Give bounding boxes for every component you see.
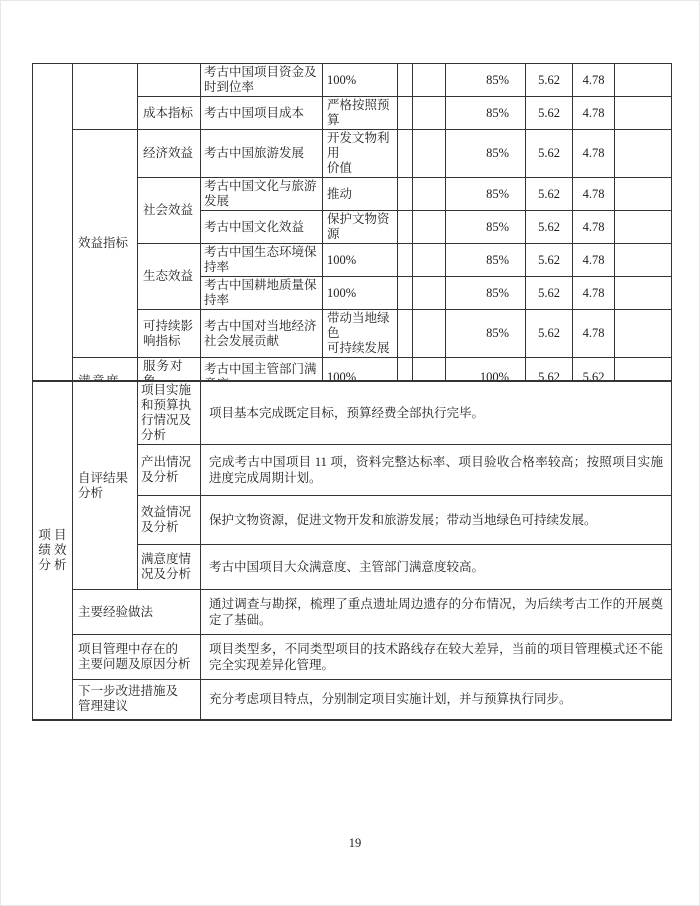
completion-value-cell: 85% bbox=[446, 130, 526, 178]
analysis-content-cell: 充分考虑项目特点，分别制定项目实施计划，并与预算执行同步。 bbox=[201, 680, 672, 720]
score-cell: 4.78 bbox=[573, 64, 615, 97]
completion-value-cell: 85% bbox=[446, 277, 526, 310]
remark-cell bbox=[615, 277, 672, 310]
empty-cell-2 bbox=[413, 310, 446, 358]
analysis-label-cell: 下一步改进措施及 管理建议 bbox=[73, 680, 201, 720]
analysis-content-cell: 考古中国项目大众满意度、主管部门满意度较高。 bbox=[201, 545, 672, 590]
remark-cell bbox=[615, 310, 672, 358]
table-row: 效益指标 经济效益 考古中国旅游发展 开发文物利用 价值 85% 5.62 4.… bbox=[33, 130, 672, 178]
group3-cell: 可持续影 响指标 bbox=[138, 310, 201, 358]
indicator-name-cell: 考古中国文化与旅游 发展 bbox=[201, 178, 323, 211]
weight-cell: 5.62 bbox=[526, 310, 573, 358]
weight-cell: 5.62 bbox=[526, 64, 573, 97]
target-value-cell: 100% bbox=[323, 277, 398, 310]
score-cell: 4.78 bbox=[573, 211, 615, 244]
empty-cell-2 bbox=[413, 97, 446, 130]
group3-cell bbox=[138, 64, 201, 97]
analysis-label-cell: 效益情况 及分析 bbox=[138, 496, 201, 545]
analysis-label-cell: 满意度情 况及分析 bbox=[138, 545, 201, 590]
indicator-name-cell: 考古中国旅游发展 bbox=[201, 130, 323, 178]
empty-cell-2 bbox=[413, 211, 446, 244]
weight-cell: 5.62 bbox=[526, 277, 573, 310]
indicator-name-cell: 考古中国项目成本 bbox=[201, 97, 323, 130]
empty-cell-2 bbox=[413, 244, 446, 277]
group3-cell: 社会效益 bbox=[138, 178, 201, 244]
group3-cell: 成本指标 bbox=[138, 97, 201, 130]
remark-cell bbox=[615, 130, 672, 178]
target-value-cell: 开发文物利用 价值 bbox=[323, 130, 398, 178]
empty-cell-1 bbox=[398, 277, 413, 310]
group2-cell: 效益指标 bbox=[73, 130, 138, 358]
self-eval-label-cell: 自评结果 分析 bbox=[73, 381, 138, 590]
target-value-cell: 推动 bbox=[323, 178, 398, 211]
weight-cell: 5.62 bbox=[526, 178, 573, 211]
completion-value-cell: 85% bbox=[446, 97, 526, 130]
empty-cell-1 bbox=[398, 178, 413, 211]
weight-cell: 5.62 bbox=[526, 244, 573, 277]
score-cell: 4.78 bbox=[573, 310, 615, 358]
weight-cell: 5.62 bbox=[526, 130, 573, 178]
remark-cell bbox=[615, 211, 672, 244]
remark-cell bbox=[615, 64, 672, 97]
remark-cell bbox=[615, 244, 672, 277]
empty-cell-2 bbox=[413, 130, 446, 178]
analysis-label-cell: 项目管理中存在的 主要问题及原因分析 bbox=[73, 635, 201, 680]
analysis-content-cell: 项目基本完成既定目标，预算经费全部执行完毕。 bbox=[201, 381, 672, 445]
empty-cell-2 bbox=[413, 277, 446, 310]
empty-cell-2 bbox=[413, 64, 446, 97]
indicator-name-cell: 考古中国项目资金及 时到位率 bbox=[201, 64, 323, 97]
completion-value-cell: 85% bbox=[446, 211, 526, 244]
group3-cell: 生态效益 bbox=[138, 244, 201, 310]
analysis-content-cell: 通过调查与勘探，梳理了重点遗址周边遗存的分布情况，为后续考古工作的开展奠定了基础… bbox=[201, 590, 672, 635]
analysis-label-cell: 项目实施 和预算执 行情况及 分析 bbox=[138, 381, 201, 445]
remark-cell bbox=[615, 178, 672, 211]
target-value-cell: 100% bbox=[323, 64, 398, 97]
weight-cell: 5.62 bbox=[526, 211, 573, 244]
table-row: 项目管理中存在的 主要问题及原因分析 项目类型多，不同类型项目的技术路线存在较大… bbox=[33, 635, 672, 680]
target-value-cell: 带动当地绿色 可持续发展 bbox=[323, 310, 398, 358]
table-row: 考古中国项目资金及 时到位率 100% 85% 5.62 4.78 bbox=[33, 64, 672, 97]
empty-cell-1 bbox=[398, 244, 413, 277]
target-value-cell: 严格按照预算 bbox=[323, 97, 398, 130]
empty-cell-1 bbox=[398, 64, 413, 97]
completion-value-cell: 85% bbox=[446, 178, 526, 211]
score-cell: 4.78 bbox=[573, 277, 615, 310]
group3-cell: 经济效益 bbox=[138, 130, 201, 178]
section-header-cell: 项 目 绩 效 分 析 bbox=[33, 381, 73, 720]
empty-cell-1 bbox=[398, 130, 413, 178]
page-number: 19 bbox=[0, 836, 700, 851]
table-row: 下一步改进措施及 管理建议 充分考虑项目特点，分别制定项目实施计划，并与预算执行… bbox=[33, 680, 672, 720]
analysis-label-cell: 主要经验做法 bbox=[73, 590, 201, 635]
target-value-cell: 保护文物资源 bbox=[323, 211, 398, 244]
empty-cell-2 bbox=[413, 178, 446, 211]
remark-cell bbox=[615, 97, 672, 130]
score-cell: 4.78 bbox=[573, 97, 615, 130]
completion-value-cell: 85% bbox=[446, 244, 526, 277]
document-page: 考古中国项目资金及 时到位率 100% 85% 5.62 4.78 成本指标 考… bbox=[0, 0, 700, 906]
indicator-name-cell: 考古中国耕地质量保 持率 bbox=[201, 277, 323, 310]
analysis-content-cell: 保护文物资源，促进文物开发和旅游发展；带动当地绿色可持续发展。 bbox=[201, 496, 672, 545]
analysis-table: 项 目 绩 效 分 析 自评结果 分析 项目实施 和预算执 行情况及 分析 项目… bbox=[32, 380, 672, 721]
indicator-name-cell: 考古中国文化效益 bbox=[201, 211, 323, 244]
score-cell: 4.78 bbox=[573, 130, 615, 178]
indicator-name-cell: 考古中国对当地经济 社会发展贡献 bbox=[201, 310, 323, 358]
weight-cell: 5.62 bbox=[526, 97, 573, 130]
completion-value-cell: 85% bbox=[446, 310, 526, 358]
target-value-cell: 100% bbox=[323, 244, 398, 277]
empty-cell-1 bbox=[398, 211, 413, 244]
group2-cell bbox=[73, 64, 138, 130]
completion-value-cell: 85% bbox=[446, 64, 526, 97]
empty-cell-1 bbox=[398, 310, 413, 358]
table-row: 项 目 绩 效 分 析 自评结果 分析 项目实施 和预算执 行情况及 分析 项目… bbox=[33, 381, 672, 445]
score-cell: 4.78 bbox=[573, 244, 615, 277]
empty-cell-1 bbox=[398, 97, 413, 130]
analysis-content-cell: 项目类型多，不同类型项目的技术路线存在较大差异，当前的项目管理模式还不能完全实现… bbox=[201, 635, 672, 680]
analysis-label-cell: 产出情况 及分析 bbox=[138, 445, 201, 496]
table-row: 主要经验做法 通过调查与勘探，梳理了重点遗址周边遗存的分布情况，为后续考古工作的… bbox=[33, 590, 672, 635]
score-cell: 4.78 bbox=[573, 178, 615, 211]
indicator-name-cell: 考古中国生态环境保 持率 bbox=[201, 244, 323, 277]
analysis-content-cell: 完成考古中国项目 11 项，资料完整达标率、项目验收合格率较高；按照项目实施进度… bbox=[201, 445, 672, 496]
